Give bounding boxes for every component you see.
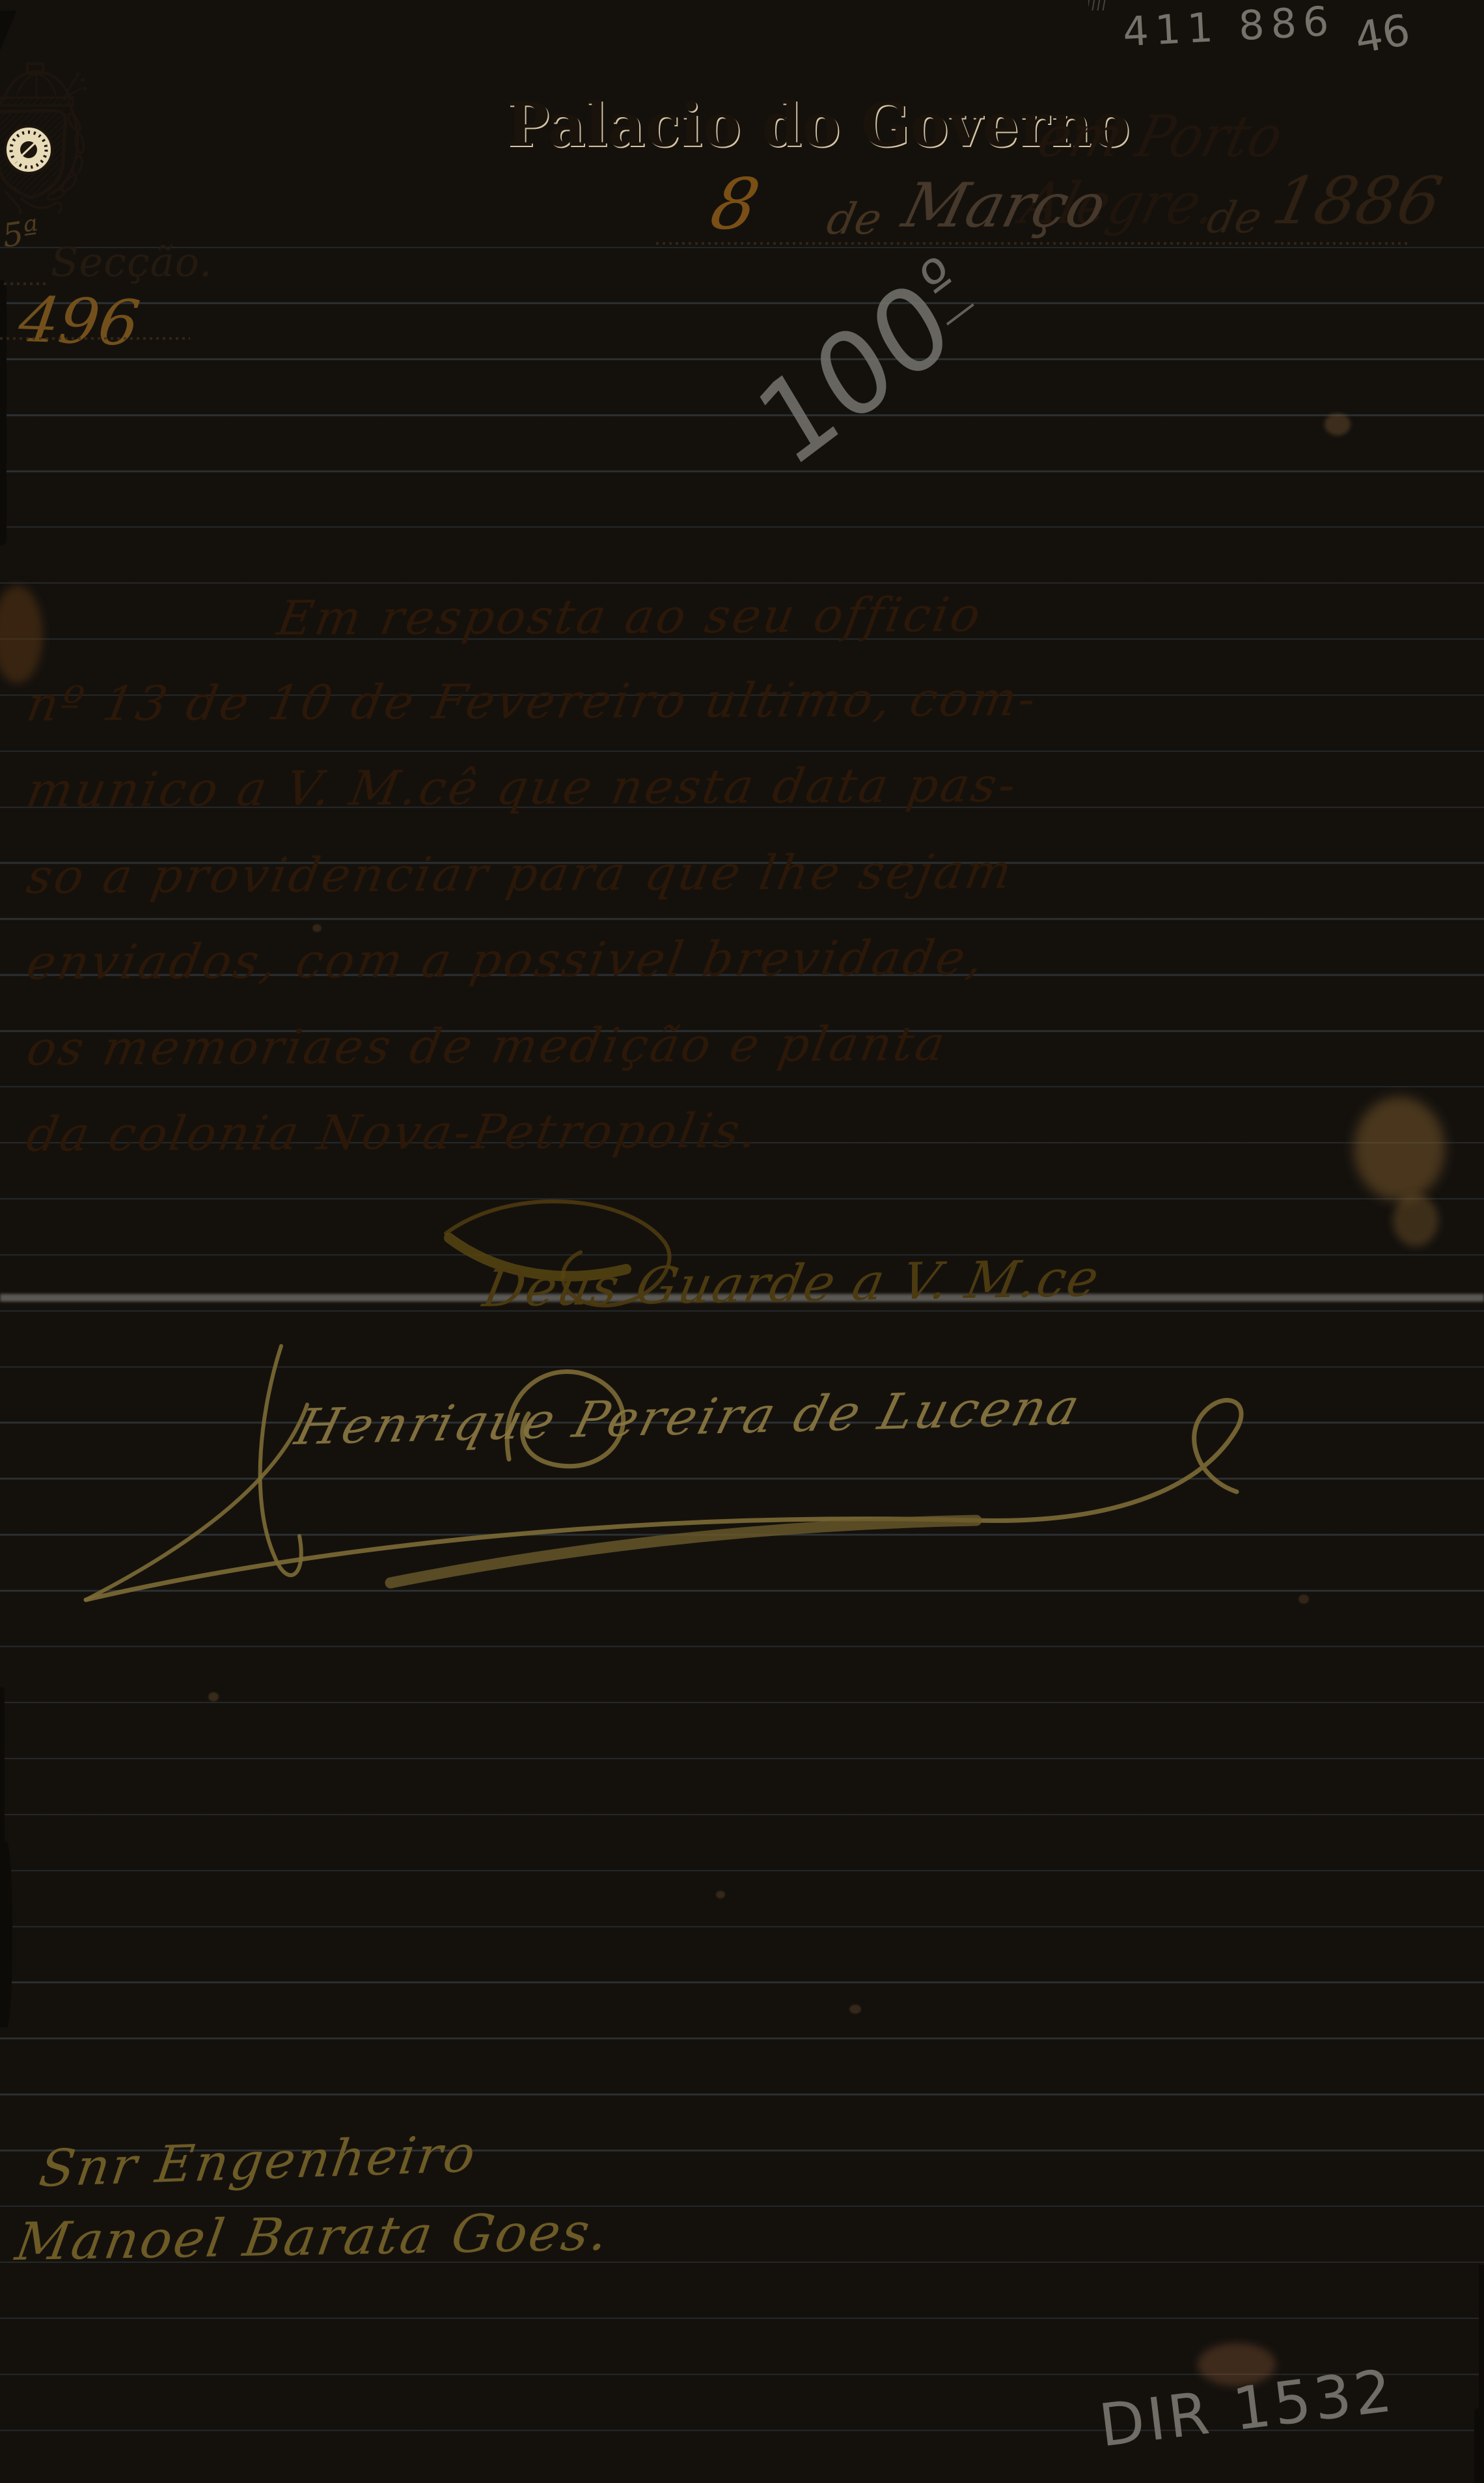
pencil-scribble [1088, 0, 1108, 10]
date-dotted-rule [656, 242, 1408, 245]
body-line: so a providenciar para que lhe sejam [23, 844, 1018, 905]
imperial-crest-icon [0, 62, 90, 217]
fox-dot [716, 1891, 725, 1899]
recipient-title-line: Snr Engenheiro [36, 2125, 480, 2199]
date-connector: de [823, 194, 886, 244]
pencil-page-number: 46 [1351, 5, 1414, 63]
body-line: os memoriaes de medição e planta [23, 1017, 952, 1077]
pencil-folio-number: 411 886 [1121, 0, 1336, 55]
fox-dot [312, 924, 322, 932]
body-line: da colonia Nova-Petropolis. [23, 1103, 764, 1162]
letter-page: 411 886 46 Palacio do Governo em Porto A… [0, 0, 1484, 2483]
page-edge-mark [0, 280, 7, 545]
fox-dot [849, 2005, 861, 2014]
page-edge-mark [1474, 2408, 1484, 2483]
pencil-catalog-code: DIR 1532 [1095, 2357, 1398, 2461]
closing-salutation: Deus Guarde a V. M.ce [478, 1250, 1105, 1319]
page-edge-mark [1479, 2265, 1484, 2411]
section-number: 5ª [0, 212, 41, 254]
body-line: Em resposta ao seu officio [273, 587, 987, 646]
fox-stain-cluster [1354, 1097, 1445, 1201]
body-line: enviados, com a possivel brevidade, [23, 930, 990, 991]
fox-stain [1393, 1194, 1438, 1246]
page-edge-mark [0, 10, 17, 51]
pencil-diagonal-note: 100º [737, 236, 998, 493]
document-number-dotted-rule [0, 337, 190, 340]
section-label: Secção. [51, 238, 213, 286]
fox-spot [1325, 413, 1351, 435]
document-number: 496 [14, 283, 144, 360]
date-connector-2: de [1203, 193, 1267, 243]
signature-flourish [0, 1328, 1302, 1653]
body-line: munico a V. M.cê que nesta data pas- [23, 758, 1022, 818]
fox-dot [208, 1692, 219, 1701]
page-edge-mark [0, 1842, 12, 2027]
ink-smudge-stain [0, 586, 43, 683]
date-year: 1886 [1267, 163, 1448, 239]
date-month: Março [896, 171, 1113, 241]
page-edge-mark [0, 1687, 5, 1850]
body-line: nº 13 de 10 de Fevereiro ultimo, com- [23, 672, 1042, 732]
date-day: 8 [704, 164, 766, 245]
recipient-name-line: Manoel Barata Goes. [12, 2201, 614, 2272]
